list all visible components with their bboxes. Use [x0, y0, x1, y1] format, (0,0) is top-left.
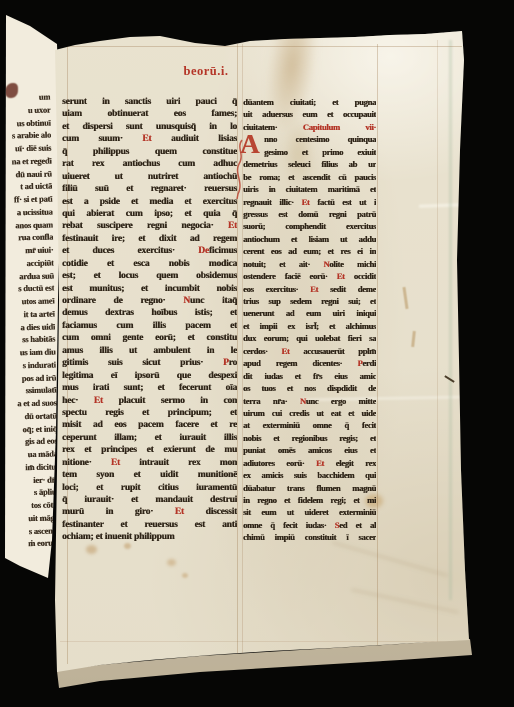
body-text: ficimus [209, 246, 237, 256]
body-text: demus dextras hoībus istis; et [62, 308, 237, 318]
text-fragment: oq̄; et iniq̄ [9, 422, 57, 436]
body-text: ro [229, 358, 237, 368]
body-text: nitione· [62, 458, 111, 468]
body-text: adiutores eorū· [243, 458, 316, 468]
body-text: eos exercitus· [243, 284, 310, 294]
text-line: rex et principes et exierunt de mu [62, 444, 237, 456]
text-fragment: t ad uictā [4, 180, 52, 194]
parchment-stain [182, 573, 188, 578]
body-text: intrauit rex mon [120, 458, 237, 468]
text-line: festinauit ire; et dixit ad regem [62, 233, 237, 245]
body-text: ostendere faciē eorū· [243, 271, 337, 281]
text-line: hec· Et placuit sermo in con [62, 395, 237, 407]
text-line: amus illis ut ambulent in le [62, 345, 237, 357]
body-text: rex et principes et exierunt de mu [62, 445, 237, 455]
body-text: tem syon et uidit munitionē [62, 470, 237, 480]
text-line: festinanter et reuersus est anti [62, 519, 237, 531]
text-fragment: s indurati [8, 358, 56, 372]
text-line: dūantem ciuitati; et pugna [243, 96, 376, 108]
body-text: gressus est domū regni patrū [243, 209, 376, 219]
body-text: suorū; comphendit exercitus [243, 221, 376, 231]
text-fragment: uī· diē suis [3, 142, 51, 156]
body-text: regnauit illic· [243, 197, 301, 207]
text-fragment: s ductū est [6, 282, 54, 296]
text-fragment: pos ad irū [8, 371, 56, 385]
text-line: murū in giro· Et discessit [62, 506, 237, 518]
body-text: os tuos et nos dispdidit de [243, 383, 376, 393]
text-line: uit aduersus eum et occupauit [243, 108, 376, 120]
body-text: omne q̄ fecit iudas· [243, 520, 335, 530]
text-line: spectu regis et principum; et [62, 407, 237, 419]
body-text: cum suum· [62, 134, 142, 144]
body-text: faciamus cum illis pacem et [62, 321, 237, 331]
body-text: ex amicis suis bacchidem qui [243, 470, 376, 480]
text-line: nobis et regionibus regis; et [243, 432, 376, 444]
text-fragment: ier· dr̄s [10, 473, 58, 487]
ruling-line-vertical [237, 44, 238, 656]
text-fragment: ardua suū [6, 269, 54, 283]
text-line: uirum cui credis ut eat et uide [243, 407, 376, 419]
body-text: dūabatur trans flumen magnū [243, 483, 376, 493]
rubric-text: Et [94, 396, 103, 406]
text-fragment: u uxor [2, 103, 50, 117]
text-line: rat rex antiochus cum adhuc [62, 158, 237, 170]
text-fragment: anos quam [5, 218, 53, 232]
text-line: tem syon et uidit munitionē [62, 469, 237, 481]
rubric-text: Et [316, 458, 324, 468]
body-text: nobis et regionibus regis; et [243, 433, 376, 443]
text-line: rebat suscipere regni negocia· Et [62, 220, 237, 232]
rubric-text: Et [228, 221, 237, 231]
text-fragment: it ta arteī [7, 307, 55, 321]
body-text: rebat suscipere regni negocia· [62, 221, 228, 231]
text-fragment: s arabie alo [3, 129, 51, 143]
text-line: loci; et rupit citius iuramentū [62, 482, 237, 494]
body-text: amus illis ut ambulent in le [62, 346, 237, 356]
text-line: ordinare de regno· Nunc itaq̄ [62, 295, 237, 307]
body-text: sedit deme [318, 284, 376, 294]
text-line: notuit; et ait· Nolite michi [243, 258, 376, 270]
text-line: ciuitatem· Capitulum vii· [243, 121, 376, 133]
body-text: et impii ex isrl̄; et alchimus [243, 321, 376, 331]
text-line: gitimis suis sicut prius· Pro [62, 357, 237, 369]
ruling-line-horizontal [60, 641, 464, 642]
text-line: uiris in ciuitatem maritimā et [243, 183, 376, 195]
text-line: gressus est domū regni patrū [243, 208, 376, 220]
body-text: uiueret ut nutriret antiochū [62, 172, 237, 182]
body-text: uit aduersus eum et occupauit [243, 109, 376, 119]
text-line: ceperunt illam; et iurauit illis [62, 432, 237, 444]
parchment-wrinkle [351, 589, 459, 614]
body-text: elegit rex [324, 458, 376, 468]
body-text: uenerunt ad eum uiri iniqui [243, 308, 376, 318]
text-line: et dispersi sunt unusquisq̄ in lo [62, 121, 237, 133]
text-line: ostendere faciē eorū· Et occidit [243, 270, 376, 282]
text-fragment: ssimulatī [8, 384, 56, 398]
fore-edge-tint [449, 40, 452, 600]
text-line: dit iudas et fr̄s eius amic [243, 370, 376, 382]
text-fragment: mr̄ uiui· [5, 244, 53, 258]
body-text: est; et locus quem obsidemus [62, 271, 237, 281]
margin-annotation [402, 287, 408, 309]
text-line: eos exercitus· Et sedit deme [243, 283, 376, 295]
text-line: apud regem dicentes· Perdi [243, 357, 376, 369]
text-fragment: ss habitās [7, 333, 55, 347]
text-line: nno centesimo quinqua [243, 133, 376, 145]
rubric-text: Capitulum vii· [303, 122, 376, 132]
text-fragment: ṁ eorum [11, 537, 59, 551]
text-line: cum omni gente eorū; et constitu [62, 332, 237, 344]
text-line: uenerunt ad eum uiri iniqui [243, 307, 376, 319]
text-line: trius sup sedem regni sui; et [243, 295, 376, 307]
body-text: antiochum et lisiam ut addu [243, 234, 376, 244]
text-line: puniat omēs amicos eius et [243, 444, 376, 456]
body-text: at exterminiū omne q̄ fecit [243, 420, 376, 430]
text-fragment: us iam diu [7, 345, 55, 359]
body-text: rat rex antiochus cum adhuc [62, 159, 237, 169]
body-text: et duces exercitus· [62, 246, 198, 256]
text-fragment: tos cōtri [11, 498, 59, 512]
text-line: faciamus cum illis pacem et [62, 320, 237, 332]
body-text: cerdos· [243, 346, 281, 356]
body-text: ordinare de regno· [62, 296, 183, 306]
body-text: unc itaq̄ [190, 296, 237, 306]
parchment-stain [124, 543, 131, 549]
text-line: cerdos· Et accusauerūt pplm̄ [243, 345, 376, 357]
margin-annotation [411, 331, 416, 347]
text-line: sit eum ut uideret exterminiū [243, 506, 376, 518]
body-text: olite michi [329, 259, 376, 269]
text-fragment: s ascendī [11, 524, 59, 538]
body-text: mus irati sunt; et fecerunt oīa [62, 383, 237, 393]
text-line: et duces exercitus· Deficimus [62, 245, 237, 257]
text-fragment: us obtinuī [3, 116, 51, 130]
body-text: festinanter et reuersus est anti [62, 520, 237, 530]
text-line: dūabatur trans flumen magnū [243, 482, 376, 494]
body-text: q̄ philippus quem constitue [62, 147, 237, 157]
text-line: cum suum· Et audiuit lisias [62, 133, 237, 145]
body-text: accusauerūt pplm̄ [289, 346, 376, 356]
text-line: demus dextras hoībus istis; et [62, 307, 237, 319]
text-line: q̄ philippus quem constitue [62, 146, 237, 158]
text-line: mus irati sunt; et fecerunt oīa [62, 382, 237, 394]
text-line: antiochum et lisiam ut addu [243, 233, 376, 245]
current-page: beorū.i. serunt in sanctis uiri pauci q̄… [0, 0, 514, 707]
text-line: legitima eī ipsorū que despexi [62, 370, 237, 382]
body-text: serunt in sanctis uiri pauci q̄ [62, 97, 237, 107]
rubric-text: Et [175, 507, 184, 517]
parchment-crease [419, 203, 464, 208]
body-text: ceperunt illam; et iurauit illis [62, 433, 237, 443]
body-text: demetrius seleuci filius ab ur [243, 159, 376, 169]
text-line: q̄ iurauit· et mandauit destrui [62, 494, 237, 506]
text-line: terra nr̄a· Nunc ergo mitte [243, 395, 376, 407]
text-line: suorū; comphendit exercitus [243, 220, 376, 232]
body-text: unc ergo mitte [306, 396, 376, 406]
text-line: misit ad eos pacem facere et re [62, 419, 237, 431]
text-line: et impii ex isrl̄; et alchimus [243, 320, 376, 332]
text-line: ochiam; et inuenit philippum [62, 531, 237, 543]
text-line: uiueret ut nutriret antiochū [62, 171, 237, 183]
text-line: regnauit illic· Et factū est ut i [243, 196, 376, 208]
text-line: cotidie et esca nobis modica [62, 258, 237, 270]
body-text: est munitus; et incumbit nobis [62, 284, 237, 294]
parchment-wrinkle [332, 542, 448, 577]
text-line: demetrius seleuci filius ab ur [243, 158, 376, 170]
initial-flourish-icon [234, 138, 248, 200]
body-text: uiris in ciuitatem maritimā et [243, 184, 376, 194]
left-text-column: serunt in sanctis uiri pauci q̄uiam obti… [62, 96, 237, 544]
body-text: discessit [184, 507, 237, 517]
text-fragment: s āpliui [10, 486, 58, 500]
text-fragment: a dies uidī [7, 320, 55, 334]
text-fragment: a ucissitua [4, 205, 52, 219]
body-text: factū est ut i [309, 197, 376, 207]
body-text: est a pside et media et exercitus [62, 197, 237, 207]
text-fragment: ua māda [10, 447, 58, 461]
body-text: dūantem ciuitati; et pugna [243, 97, 376, 107]
body-text: dux eorum; qui uolebat fieri sa [243, 333, 376, 343]
body-text: in regno et fidelem regi; et mi [243, 495, 376, 505]
body-text: nno centesimo quinqua [264, 134, 376, 144]
body-text: uirum cui credis ut eat et uide [243, 408, 376, 418]
previous-page-text-fragments: umu uxorus obtinuīs arabie alouī· diē su… [2, 91, 60, 566]
body-text: misit ad eos pacem facere et re [62, 420, 237, 430]
body-text: gitimis suis sicut prius· [62, 358, 223, 368]
text-fragment: dū ortatū [9, 409, 57, 423]
ruling-line-horizontal [58, 46, 462, 47]
text-line: est; et locus quem obsidemus [62, 270, 237, 282]
text-line: gesimo et primo exiuit [243, 146, 376, 158]
body-text: erdi [362, 358, 376, 368]
body-text: ochiam; et inuenit philippum [62, 532, 174, 542]
body-text: cum omni gente eorū; et constitu [62, 333, 237, 343]
text-line: adiutores eorū· Et elegit rex [243, 457, 376, 469]
ruling-line-vertical [437, 40, 438, 642]
text-line: qui abierat cum ipso; et quia q̄ [62, 208, 237, 220]
text-line: est a pside et media et exercitus [62, 196, 237, 208]
body-text: occidit [345, 271, 376, 281]
body-text: apud regem dicentes· [243, 358, 357, 368]
body-text: be roma; et ascendit cū paucis [243, 172, 376, 182]
text-fragment: um [2, 91, 50, 105]
text-line: serunt in sanctis uiri pauci q̄ [62, 96, 237, 108]
body-text: filiū suū et regnaret· reuersus [62, 184, 237, 194]
text-fragment: ff· si et patī [4, 193, 52, 207]
body-text: legitima eī ipsorū que despexi [62, 371, 237, 381]
body-text: sit eum ut uideret exterminiū [243, 507, 376, 517]
text-fragment: uit māgn [11, 511, 59, 525]
rubric-text: Et [111, 458, 120, 468]
text-line: chimū impiū constituit ī sacer [243, 531, 376, 543]
text-line: uiam obtinuerat eos fames; [62, 108, 237, 120]
text-fragment: rua confla [5, 231, 53, 245]
body-text: chimū impiū constituit ī sacer [243, 532, 376, 542]
rubric-text: De [198, 246, 209, 256]
body-text: trius sup sedem regni sui; et [243, 296, 376, 306]
body-text: qui abierat cum ipso; et quia q̄ [62, 209, 237, 219]
text-line: ex amicis suis bacchidem qui [243, 469, 376, 481]
text-fragment: na et regedī [3, 154, 51, 168]
body-text: festinauit ire; et dixit ad regem [62, 234, 237, 244]
body-text: hec· [62, 396, 94, 406]
rubric-text: Et [310, 284, 318, 294]
body-text: ed et al [339, 520, 376, 530]
body-text: murū in giro· [62, 507, 175, 517]
text-fragment: im̄ dicitui [10, 460, 58, 474]
parchment-stain [167, 559, 176, 566]
body-text: cerent eos ad eum; et res ei in [243, 246, 376, 256]
text-line: cerent eos ad eum; et res ei in [243, 245, 376, 257]
text-line: filiū suū et regnaret· reuersus [62, 183, 237, 195]
body-text: placuit sermo in con [103, 396, 237, 406]
body-text: notuit; et ait· [243, 259, 323, 269]
ruling-line-vertical [377, 44, 378, 650]
text-line: dux eorum; qui uolebat fieri sa [243, 332, 376, 344]
body-text: et dispersi sunt unusquisq̄ in lo [62, 122, 237, 132]
text-fragment: accipiūt [6, 256, 54, 270]
text-line: os tuos et nos dispdidit de [243, 382, 376, 394]
rubric-text: N [183, 296, 190, 306]
body-text: terra nr̄a· [243, 396, 300, 406]
text-fragment: dū naui rū [4, 167, 52, 181]
body-text: dit iudas et fr̄s eius amic [243, 371, 376, 381]
text-line: omne q̄ fecit iudas· Sed et al [243, 519, 376, 531]
body-text: audiuit lisias [151, 134, 237, 144]
text-fragment: a et ad suos [8, 396, 56, 410]
text-line: in regno et fidelem regi; et mi [243, 494, 376, 506]
text-line: at exterminiū omne q̄ fecit [243, 419, 376, 431]
right-text-column: A dūantem ciuitati; et pugnauit aduersus… [243, 96, 376, 544]
body-text: gesimo et primo exiuit [264, 147, 376, 157]
running-title: beorū.i. [158, 64, 254, 79]
text-fragment: gis ad eos [9, 435, 57, 449]
parchment-stain [86, 545, 97, 554]
body-text: q̄ iurauit· et mandauit destrui [62, 495, 237, 505]
text-line: be roma; et ascendit cū paucis [243, 171, 376, 183]
text-line: est munitus; et incumbit nobis [62, 283, 237, 295]
body-text: uiam obtinuerat eos fames; [62, 109, 237, 119]
text-line: nitione· Et intrauit rex mon [62, 457, 237, 469]
text-fragment: utos ameī [6, 295, 54, 309]
body-text: cotidie et esca nobis modica [62, 259, 237, 269]
body-text: loci; et rupit citius iuramentū [62, 483, 237, 493]
body-text: spectu regis et principum; et [62, 408, 237, 418]
manuscript-photo: umu uxorus obtinuīs arabie alouī· diē su… [0, 0, 514, 707]
rubric-text: Et [337, 271, 345, 281]
body-text: puniat omēs amicos eius et [243, 445, 376, 455]
